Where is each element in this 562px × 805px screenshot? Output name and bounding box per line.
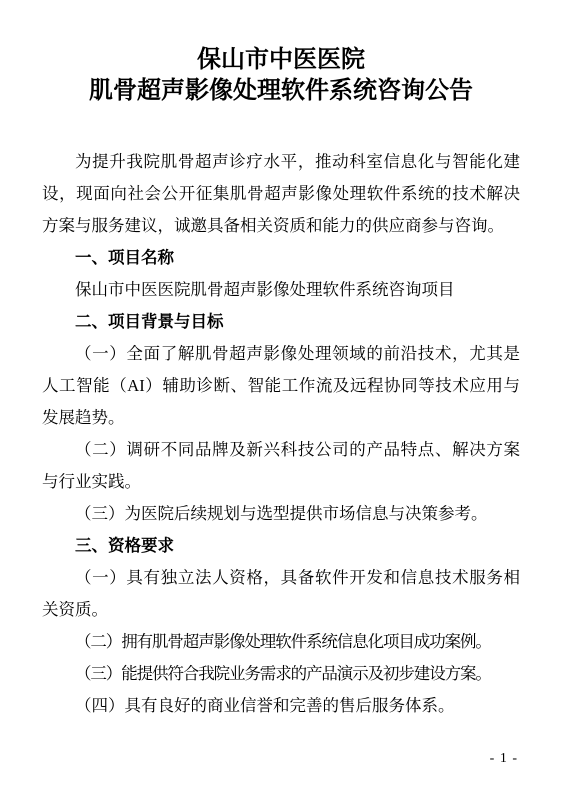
section-3-heading: 三、资格要求 (42, 530, 520, 562)
section-3-paragraph-4: （四）具有良好的商业信誉和完善的售后服务体系。 (42, 690, 520, 722)
section-3-paragraph-3: （三）能提供符合我院业务需求的产品演示及初步建设方案。 (42, 658, 520, 690)
section-2-heading: 二、项目背景与目标 (42, 306, 520, 338)
section-2-paragraph-1: （一）全面了解肌骨超声影像处理领域的前沿技术，尤其是人工智能（AI）辅助诊断、智… (42, 338, 520, 434)
title-line-2: 肌骨超声影像处理软件系统咨询公告 (0, 75, 562, 106)
document-title: 保山市中医医院 肌骨超声影像处理软件系统咨询公告 (0, 0, 562, 106)
section-1-heading: 一、项目名称 (42, 242, 520, 274)
section-1-paragraph-1: 保山市中医医院肌骨超声影像处理软件系统咨询项目 (42, 274, 520, 306)
document-body: 为提升我院肌骨超声诊疗水平，推动科室信息化与智能化建设，现面向社会公开征集肌骨超… (0, 146, 562, 722)
section-2-paragraph-3: （三）为医院后续规划与选型提供市场信息与决策参考。 (42, 498, 520, 530)
section-3-paragraph-2: （二）拥有肌骨超声影像处理软件系统信息化项目成功案例。 (42, 626, 520, 658)
section-3-paragraph-1: （一）具有独立法人资格，具备软件开发和信息技术服务相关资质。 (42, 562, 520, 626)
section-2-paragraph-2: （二）调研不同品牌及新兴科技公司的产品特点、解决方案与行业实践。 (42, 434, 520, 498)
document-page: 保山市中医医院 肌骨超声影像处理软件系统咨询公告 为提升我院肌骨超声诊疗水平，推… (0, 0, 562, 805)
intro-paragraph: 为提升我院肌骨超声诊疗水平，推动科室信息化与智能化建设，现面向社会公开征集肌骨超… (42, 146, 520, 242)
page-number: - 1 - (490, 751, 518, 767)
title-line-1: 保山市中医医院 (0, 44, 562, 75)
